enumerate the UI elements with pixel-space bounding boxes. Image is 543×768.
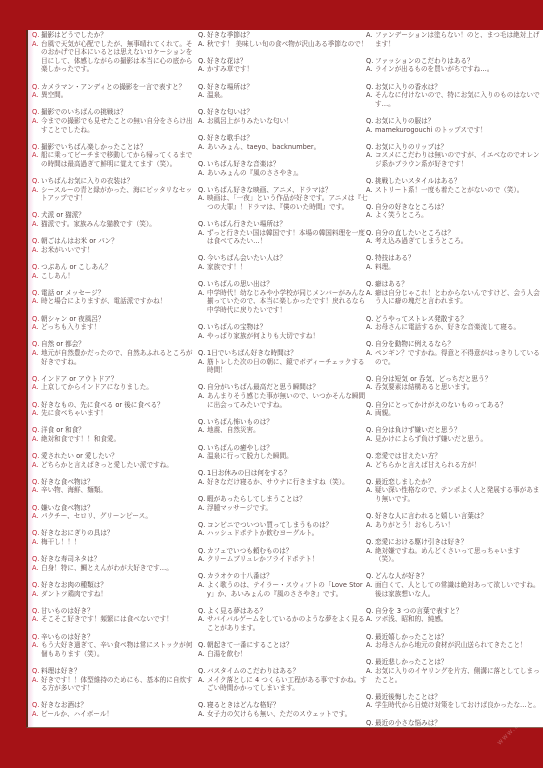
answer-text: ラインが出るものを買いがちですね…。 — [375, 65, 542, 74]
answer-row: A.クリームブリュレかフライドポテト！ — [198, 555, 368, 564]
qa-item: Q.自分を動物に例えるなら？A.ペンギン？ですかね。得意と不得意がはっきりしてい… — [366, 340, 542, 366]
answer-text: 面白くて、人としての常識は絶対あって欲しいですね。後は家族想いな人。 — [375, 581, 542, 598]
question-mark: Q. — [32, 555, 41, 564]
qa-item: Q.1日お休みの日は何をする？A.好きなだけ寝るか、サウナに行きますね（笑）。 — [198, 469, 368, 486]
question-text: カメラマン・アンディとの撮影を一言で表すと？ — [41, 83, 196, 92]
answer-row: A.温泉に行って脱力した瞬間。 — [198, 452, 368, 461]
answer-mark: A. — [198, 555, 207, 564]
question-mark: Q. — [198, 727, 207, 728]
question-mark: Q. — [366, 719, 375, 728]
qa-item: Q.好きな色は？A.緑！！ — [32, 727, 196, 728]
question-row: Q.特技はある？ — [366, 254, 542, 263]
question-text: 洋食 or 和食？ — [41, 426, 196, 435]
answer-mark: A. — [32, 512, 41, 521]
answer-text: 好きなだけ寝るか、サウナに行きますね（笑）。 — [207, 478, 368, 487]
answer-row: A.白湯を飲む！ — [198, 650, 368, 659]
question-mark: Q. — [366, 572, 375, 581]
qa-item: Q.好きなおにぎりの具は？A.梅干し！！！ — [32, 529, 196, 546]
answer-text: 地震、自然災害。 — [207, 426, 368, 435]
question-text: 愛されたい or 愛したい？ — [41, 452, 196, 461]
question-row: Q.1日お休みの日は何をする？ — [198, 469, 368, 478]
qa-item: Q.好きな季節は？A.秋です！ 美味しい旬の食べ物が沢山ある季節なので！ — [198, 31, 368, 48]
answer-text: クリームブリュレかフライドポテト！ — [207, 555, 368, 564]
answer-text: 両親。 — [375, 409, 542, 418]
qa-item: Q.1日でいちばん好きな時間は？A.筋トレした次の日の朝に、鏡でボディーチェック… — [198, 349, 368, 375]
answer-text: 上京してからインドアになりました。 — [41, 383, 196, 392]
answer-row: A.絶対嫌ですね。めんどくさいって思っちゃいます（笑）。 — [366, 547, 542, 564]
question-text: いちばん行きたい場所は？ — [207, 220, 368, 229]
answer-text: ペンギン？ですかね。得意と不得意がはっきりしているので。 — [375, 349, 542, 366]
answer-text: どちらかと言えば甘えられる方が！ — [375, 461, 542, 470]
question-mark: Q. — [366, 143, 375, 152]
qa-item: Q.辛いものは好き？A.もう大好き過ぎて、辛い食べ物は常にストックが何個もありま… — [32, 633, 196, 659]
question-mark: Q. — [32, 108, 41, 117]
answer-row: A.ビールか、ハイボール！ — [32, 710, 196, 719]
question-mark: Q. — [366, 177, 375, 186]
answer-text: あいみょん、taeyo、backnumber。 — [207, 143, 368, 152]
question-mark: Q. — [198, 641, 207, 650]
question-mark: Q. — [198, 108, 207, 117]
question-mark: Q. — [366, 633, 375, 642]
question-mark: Q. — [32, 504, 41, 513]
qa-item: Q.いちばんお気に入りの衣装は？A.シースルーの青と緑がかった、海にピッタリなセ… — [32, 177, 196, 203]
question-row: Q.嫌いな食べ物は？ — [32, 504, 196, 513]
question-row: Q.恋愛における駆け引きは好き？ — [366, 538, 542, 547]
answer-mark: A. — [366, 581, 375, 590]
question-row: Q.洋食 or 和食？ — [32, 426, 196, 435]
answer-text: ツボ浅、昭和的、純感。 — [375, 615, 542, 624]
question-mark: Q. — [198, 444, 207, 453]
answer-text: パクチー、セロリ、グリーンピース。 — [41, 512, 196, 521]
answer-row: A.台風で天気が心配でしたが、無事晴れてくれて。そのおかげで日本にいるとは思えな… — [32, 40, 196, 74]
qa-item: Q.電話 or メッセージ？A.時と場合によりますが、電話派ですかね！ — [32, 289, 196, 306]
qa-item: Q.お気に入りの服は？A.mamekurogouchi のトップスです！ — [366, 117, 542, 134]
question-row: Q.愛されたい or 愛したい？ — [32, 452, 196, 461]
qa-item: Q.最近恋しましたか？A.疑い深い性格なので、テンポよく人と発展する事があまり無… — [366, 478, 542, 504]
answer-mark: A. — [366, 547, 375, 556]
answer-row: A.好きです！！体型維持のためにも、基本的に自炊する方が多いです！ — [32, 676, 196, 693]
answer-row: A.ラインが出るものを買いがちですね…。 — [366, 65, 542, 74]
qa-item: Q.カメラマン・アンディとの撮影を一言で表すと？A.異空間。 — [32, 83, 196, 100]
answer-row: A.癖は自分じゃこれ！とわからないんですけど、会う人会う人に癖の塊だと言われます… — [366, 289, 542, 306]
qa-item: Q.朝起きて一番にすることは？A.白湯を飲む！ — [198, 641, 368, 658]
question-text: 好きな歌手は？ — [207, 134, 368, 143]
question-row: Q.自分にとってかけがえのないものってある？ — [366, 401, 542, 410]
answer-row: A.そんなに付けないので、特にお気に入りのものはないです…。 — [366, 91, 542, 108]
qa-item: Q.撮影でのいちばんの挑戦は？A.今までの撮影でも見せたことの無い自分をさらけ出… — [32, 108, 196, 134]
answer-text: 中学時代！幼なじみや小学校が同じメンバーがみんな揃っていたので、本当に楽しかった… — [207, 289, 368, 315]
answer-row: A.温泉。 — [198, 91, 368, 100]
answer-row: A.ありがとう！おもしろい！ — [366, 521, 542, 530]
answer-row: A.よく笑うところ。 — [366, 211, 542, 220]
answer-row: A.好きなだけ寝るか、サウナに行きますね（笑）。 — [198, 478, 368, 487]
answer-mark: A. — [198, 392, 207, 401]
answer-text: お米がいいです！ — [41, 246, 196, 255]
qa-item: Q.撮影でいちばん楽しかったことは？A.船に乗ってビーチまで移動してから帰ってく… — [32, 143, 196, 169]
question-mark: Q. — [32, 452, 41, 461]
question-mark: Q. — [32, 607, 41, 616]
question-text: いちばん好きな映画、アニメ、ドラマは？ — [207, 186, 368, 195]
question-text: つぶあん or こしあん？ — [41, 263, 196, 272]
question-row: Q.撮影はどうでしたか？ — [32, 31, 196, 40]
answer-text: あいみょんの『風のささやき』。 — [207, 169, 368, 178]
question-text: 朝シャン or 夜風呂？ — [41, 315, 196, 324]
question-mark: Q. — [366, 538, 375, 547]
qa-item: Q.特技はある？A.料理。 — [366, 254, 542, 271]
answer-mark: A. — [366, 65, 375, 74]
answer-text: 映画は、「一夜」という作品が好きです。アニメは『七つの大罪』！ドラマは、『僕のい… — [207, 194, 368, 211]
answer-row: A.秋です！ 美味しい旬の食べ物が沢山ある季節なので！ — [198, 40, 368, 49]
answer-row: A.お母さんから地元の食材が沢山送られてきたこと！ — [366, 641, 542, 650]
question-mark: Q. — [198, 547, 207, 556]
answer-mark: A. — [198, 65, 207, 74]
answer-text: お母さんに電話するか、好きな音楽流して寝る。 — [375, 323, 542, 332]
question-row: Q.自然 or 都会？ — [32, 340, 196, 349]
question-mark: Q. — [366, 607, 375, 616]
question-text: 自分を動物に例えるなら？ — [375, 340, 542, 349]
question-text: 暇があったらしてしまうことは？ — [207, 495, 368, 504]
question-mark: Q. — [198, 349, 207, 358]
question-mark: Q. — [32, 237, 41, 246]
question-text: どんな人が好き？ — [375, 572, 542, 581]
answer-mark: A. — [32, 435, 41, 444]
qa-item: Q.好きな寿司ネタは？A.白身！特に、鯛とえんがわが大好きです…。 — [32, 555, 196, 572]
question-row: Q.自分を動物に例えるなら？ — [366, 340, 542, 349]
answer-row: A.ダントツ鶏肉ですね！ — [32, 590, 196, 599]
question-text: 撮影でのいちばんの挑戦は？ — [41, 108, 196, 117]
question-mark: Q. — [32, 31, 41, 40]
answer-row: A.絶対和食です！！和食愛。 — [32, 435, 196, 444]
answer-row: A.お母さんに電話するか、好きな音楽流して寝る。 — [366, 323, 542, 332]
question-row: Q.好きな歌手は？ — [198, 134, 368, 143]
answer-mark: A. — [198, 332, 207, 341]
answer-row: A.ストリート系！一度も着たことがないので（笑）。 — [366, 186, 542, 195]
question-text: 好きな寿司ネタは？ — [41, 555, 196, 564]
answer-text: 温泉。 — [207, 91, 368, 100]
question-mark: Q. — [366, 401, 375, 410]
question-row: Q.寝るときはどんな格好？ — [198, 701, 368, 710]
answer-text: お風呂上がりみたいな匂い！ — [207, 117, 368, 126]
qa-item: Q.バスタイムのこだわりはある？A.メイク落としに 4 つくらい工程がある事です… — [198, 667, 368, 693]
question-mark: Q. — [32, 667, 41, 676]
question-mark: Q. — [198, 323, 207, 332]
qa-item: A.ファンデーションは塗らない！のと、まつ毛は絶対上げます！ — [366, 31, 542, 48]
answer-mark: A. — [198, 676, 207, 685]
question-row: Q.いちばんの宝物は？ — [198, 323, 368, 332]
answer-row: A.呑気要素は結構あると思います。 — [366, 383, 542, 392]
answer-text: どちらかと言えばきっと愛したい派ですね。 — [41, 461, 196, 470]
question-row: Q.好きな匂いは？ — [198, 108, 368, 117]
answer-text: 梅干し！！！ — [41, 538, 196, 547]
question-mark: Q. — [198, 134, 207, 143]
question-row: Q.カメラマン・アンディとの撮影を一言で表すと？ — [32, 83, 196, 92]
answer-mark: A. — [366, 211, 375, 220]
answer-text: ありがとう！おもしろい！ — [375, 521, 542, 530]
answer-mark: A. — [366, 486, 375, 495]
answer-mark: A. — [366, 289, 375, 298]
answer-mark: A. — [198, 91, 207, 100]
answer-row: A.よく歌うのは、テイラー・スウィフトの「Love Story」か、あいみょんの… — [198, 581, 368, 598]
answer-row: A.時と場合によりますが、電話派ですかね！ — [32, 297, 196, 306]
question-row: Q.癖はある？ — [366, 280, 542, 289]
answer-text: 呑気要素は結構あると思います。 — [375, 383, 542, 392]
answer-row: A.パクチー、セロリ、グリーンピース。 — [32, 512, 196, 521]
qa-item: Q.いちばん好きな音楽は？A.あいみょんの『風のささやき』。 — [198, 160, 368, 177]
question-row: Q.朝起きて一番にすることは？ — [198, 641, 368, 650]
answer-mark: A. — [32, 409, 41, 418]
answer-row: A.女子力の欠けらも無い、ただのスウェットです。 — [198, 710, 368, 719]
qa-item: Q.自分を 3 つの言葉で表すと？A.ツボ浅、昭和的、純感。 — [366, 607, 542, 624]
answer-row: A.どっちも入ります！ — [32, 323, 196, 332]
answer-text: 学生時代から日焼け対策をしておけば良かったな…と。 — [375, 701, 542, 710]
answer-row: A.地元が自然豊かだったので、自然あふれるところが好きですね。 — [32, 349, 196, 366]
answer-text: ファンデーションは塗らない！のと、まつ毛は絶対上げます！ — [375, 31, 542, 48]
qa-item: Q.撮影はどうでしたか？A.台風で天気が心配でしたが、無事晴れてくれて。そのおか… — [32, 31, 196, 74]
answer-row: A.お風呂上がりみたいな匂い！ — [198, 117, 368, 126]
question-text: 好きなお肉の種類は？ — [41, 581, 196, 590]
question-row: Q.いちばんお気に入りの衣装は？ — [32, 177, 196, 186]
question-row: Q.いちばんの癒やしは？ — [198, 444, 368, 453]
qa-item: Q.お気に入りのリップは？A.コスメにこだわりは無いのですが、イエベなのでオレン… — [366, 143, 542, 169]
question-mark: Q. — [32, 177, 41, 186]
answer-row: A.面白くて、人としての常識は絶対あって欲しいですね。後は家族想いな人。 — [366, 581, 542, 598]
qa-item: Q.最近後悔したことは？A.学生時代から日焼け対策をしておけば良かったな…と。 — [366, 693, 542, 710]
answer-row: A.サバイバルゲームをしているかのような夢をよく見ることがあります。 — [198, 615, 368, 632]
question-row: Q.いちばん好きな映画、アニメ、ドラマは？ — [198, 186, 368, 195]
answer-text: もう大好き過ぎて、辛い食べ物は常にストックが何個もあります（笑）。 — [41, 641, 196, 658]
answer-row: A.ハッシュドポテトか飲むヨーグルト。 — [198, 529, 368, 538]
answer-mark: A. — [198, 478, 207, 487]
question-text: 好きな場所は？ — [207, 83, 368, 92]
question-text: いちばん好きな音楽は？ — [207, 160, 368, 169]
question-row: Q.どうやってストレス発散する？ — [366, 315, 542, 324]
answer-mark: A. — [32, 91, 41, 100]
question-text: バスタイムのこだわりはある？ — [207, 667, 368, 676]
answer-mark: A. — [366, 383, 375, 392]
answer-mark: A. — [366, 435, 375, 444]
answer-row: A.考え込み過ぎてしまうところ。 — [366, 237, 542, 246]
qa-item: Q.いちばん怖いものは？A.地震、自然災害。 — [198, 418, 368, 435]
answer-row: A.梅干し！！！ — [32, 538, 196, 547]
question-text: 挑戦したいスタイルはある？ — [375, 177, 542, 186]
question-row: Q.料理は好き？ — [32, 667, 196, 676]
answer-text: 絶対嫌ですね。めんどくさいって思っちゃいます（笑）。 — [375, 547, 542, 564]
answer-row: A.あんまりそう感じた事が無いので、いつかそんな瞬間に出会ってみたいですね。 — [198, 392, 368, 409]
question-mark: Q. — [366, 426, 375, 435]
question-row: Q.お気に入りの服は？ — [366, 117, 542, 126]
answer-mark: A. — [366, 701, 375, 710]
answer-row: A.こしあん！ — [32, 272, 196, 281]
question-text: 自然 or 都会？ — [41, 340, 196, 349]
answer-text: 辛い物、海鮮、麺類。 — [41, 486, 196, 495]
qa-item: Q.どんな人が好き？A.面白くて、人としての常識は絶対あって欲しいですね。後は家… — [366, 572, 542, 598]
answer-mark: A. — [32, 323, 41, 332]
question-row: Q.メイクのこだわりはある？ — [198, 727, 368, 728]
question-mark: Q. — [198, 83, 207, 92]
question-mark: Q. — [198, 607, 207, 616]
answer-mark: A. — [32, 538, 41, 547]
question-row: Q.犬派 or 猫派？ — [32, 211, 196, 220]
answer-row: A.ずっと行きたい国は韓国です！本場の韓国料理を一度は食べてみたい…！ — [198, 229, 368, 246]
qa-column-3: A.ファンデーションは塗らない！のと、まつ毛は絶対上げます！Q.ファッションのこ… — [366, 31, 542, 728]
answer-row: A.どちらかと言えば甘えられる方が！ — [366, 461, 542, 470]
answer-row: A.料理。 — [366, 263, 542, 272]
answer-text: やっぱり家族が何よりも大切ですね！ — [207, 332, 368, 341]
question-text: 好きな色は？ — [41, 727, 196, 728]
question-row: Q.どんな人が好き？ — [366, 572, 542, 581]
question-row: Q.辛いものは好き？ — [32, 633, 196, 642]
qa-item: Q.愛されたい or 愛したい？A.どちらかと言えばきっと愛したい派ですね。 — [32, 452, 196, 469]
question-mark: Q. — [198, 254, 207, 263]
question-text: 好きなお酒は？ — [41, 701, 196, 710]
answer-mark: A. — [198, 143, 207, 152]
qa-item: Q.どうやってストレス発散する？A.お母さんに電話するか、好きな音楽流して寝る。 — [366, 315, 542, 332]
question-row: Q.いちばんの思い出は？ — [198, 280, 368, 289]
answer-text: あんまりそう感じた事が無いので、いつかそんな瞬間に出会ってみたいですね。 — [207, 392, 368, 409]
question-mark: Q. — [198, 383, 207, 392]
answer-mark: A. — [366, 237, 375, 246]
answer-text: 浮腫マッサージです。 — [207, 504, 368, 513]
question-row: Q.お気に入りの香水は？ — [366, 83, 542, 92]
answer-mark: A. — [32, 641, 41, 650]
qa-item: Q.今いちばん会いたい人は？A.家族です！！ — [198, 254, 368, 271]
question-mark: Q. — [32, 375, 41, 384]
answer-text: よく笑うところ。 — [375, 211, 542, 220]
question-mark: Q. — [32, 143, 41, 152]
question-mark: Q. — [366, 658, 375, 667]
qa-column-1: Q.撮影はどうでしたか？A.台風で天気が心配でしたが、無事晴れてくれて。そのおか… — [32, 31, 196, 728]
answer-mark: A. — [198, 581, 207, 590]
question-mark: Q. — [198, 280, 207, 289]
question-text: 好きな匂いは？ — [207, 108, 368, 117]
answer-row: A.家族です！！ — [198, 263, 368, 272]
question-text: 嫌いな食べ物は？ — [41, 504, 196, 513]
answer-mark: A. — [32, 590, 41, 599]
question-text: いちばんお気に入りの衣装は？ — [41, 177, 196, 186]
question-mark: Q. — [32, 401, 41, 410]
qa-item: Q.寝るときはどんな格好？A.女子力の欠けらも無い、ただのスウェットです。 — [198, 701, 368, 718]
qa-item: Q.好きなお肉の種類は？A.ダントツ鶏肉ですね！ — [32, 581, 196, 598]
question-mark: Q. — [32, 289, 41, 298]
qa-item: Q.料理は好き？A.好きです！！体型維持のためにも、基本的に自炊する方が多いです… — [32, 667, 196, 693]
question-text: 料理は好き？ — [41, 667, 196, 676]
question-mark: Q. — [366, 203, 375, 212]
question-mark: Q. — [366, 693, 375, 702]
qa-item: Q.癖はある？A.癖は自分じゃこれ！とわからないんですけど、会う人会う人に癖の塊… — [366, 280, 542, 306]
answer-row: A.見かけによらず負けず嫌いだと思う。 — [366, 435, 542, 444]
answer-text: どっちも入ります！ — [41, 323, 196, 332]
answer-text: 白湯を飲む！ — [207, 650, 368, 659]
question-mark: Q. — [366, 117, 375, 126]
qa-item: Q.自分にとってかけがえのないものってある？A.両親。 — [366, 401, 542, 418]
answer-row: A.中学時代！幼なじみや小学校が同じメンバーがみんな揃っていたので、本当に楽しか… — [198, 289, 368, 315]
qa-item: Q.恋愛における駆け引きは好き？A.絶対嫌ですね。めんどくさいって思っちゃいます… — [366, 538, 542, 564]
answer-text: 筋トレした次の日の朝に、鏡でボディーチェックする時間！ — [207, 358, 368, 375]
answer-mark: A. — [366, 461, 375, 470]
question-mark: Q. — [198, 469, 207, 478]
question-mark: Q. — [198, 160, 207, 169]
question-text: お気に入りの香水は？ — [375, 83, 542, 92]
qa-item: Q.暇があったらしてしまうことは？A.浮腫マッサージです。 — [198, 495, 368, 512]
qa-item: Q.犬派 or 猫派？A.猫派です。家族みんな猫教です（笑）。 — [32, 211, 196, 228]
answer-text: こしあん！ — [41, 272, 196, 281]
answer-text: ビールか、ハイボール！ — [41, 710, 196, 719]
question-text: 犬派 or 猫派？ — [41, 211, 196, 220]
answer-row: A.ペンギン？ですかね。得意と不得意がはっきりしているので。 — [366, 349, 542, 366]
answer-mark: A. — [366, 151, 375, 160]
answer-mark: A. — [32, 383, 41, 392]
question-row: Q.好きな場所は？ — [198, 83, 368, 92]
answer-text: 絶対和食です！！和食愛。 — [41, 435, 196, 444]
question-mark: Q. — [32, 263, 41, 272]
answer-mark: A. — [366, 521, 375, 530]
answer-mark: A. — [32, 297, 41, 306]
answer-row: A.お米がいいです！ — [32, 246, 196, 255]
answer-mark: A. — [198, 650, 207, 659]
answer-row: A.猫派です。家族みんな猫教です（笑）。 — [32, 220, 196, 229]
answer-text: 料理。 — [375, 263, 542, 272]
qa-item: Q.コンビニでついつい買ってしまうものは？A.ハッシュドポテトか飲むヨーグルト。 — [198, 521, 368, 538]
qa-item: Q.いちばんの宝物は？A.やっぱり家族が何よりも大切ですね！ — [198, 323, 368, 340]
question-row: Q.朝シャン or 夜風呂？ — [32, 315, 196, 324]
qa-item: Q.いちばんの癒やしは？A.温泉に行って脱力した瞬間。 — [198, 444, 368, 461]
answer-row: A.コスメにこだわりは無いのですが、イエベなのでオレンジ系かブラウン系が好きです… — [366, 151, 542, 168]
answer-mark: A. — [32, 186, 41, 195]
question-mark: Q. — [366, 229, 375, 238]
answer-row: A.お気に入りのイヤリングを片方、側溝に落としてしまったこと。 — [366, 667, 542, 684]
qa-item: Q.いちばんの思い出は？A.中学時代！幼なじみや小学校が同じメンバーがみんな揃っ… — [198, 280, 368, 314]
answer-row: A.地震、自然災害。 — [198, 426, 368, 435]
answer-row: A.もう大好き過ぎて、辛い食べ物は常にストックが何個もあります（笑）。 — [32, 641, 196, 658]
qa-item: Q.メイクのこだわりはある？ — [198, 727, 368, 728]
answer-mark: A. — [32, 564, 41, 573]
question-mark: Q. — [198, 667, 207, 676]
question-text: カラオケの十八番は？ — [207, 572, 368, 581]
answer-row: A.辛い物、海鮮、麺類。 — [32, 486, 196, 495]
answer-mark: A. — [198, 289, 207, 298]
question-text: 今いちばん会いたい人は？ — [207, 254, 368, 263]
question-text: お気に入りの服は？ — [375, 117, 542, 126]
question-text: 寝るときはどんな格好？ — [207, 701, 368, 710]
question-text: 自分にとってかけがえのないものってある？ — [375, 401, 542, 410]
answer-mark: A. — [32, 349, 41, 358]
question-text: 最近嬉しかったことは？ — [375, 633, 542, 642]
answer-text: ダントツ鶏肉ですね！ — [41, 590, 196, 599]
question-row: Q.好きなもの、先に食べる or 後に食べる？ — [32, 401, 196, 410]
answer-row: A.映画は、「一夜」という作品が好きです。アニメは『七つの大罪』！ドラマは、『僕… — [198, 194, 368, 211]
qa-item: Q.洋食 or 和食？A.絶対和食です！！和食愛。 — [32, 426, 196, 443]
answer-text: お母さんから地元の食材が沢山送られてきたこと！ — [375, 641, 542, 650]
question-mark: Q. — [198, 701, 207, 710]
question-text: いちばんの思い出は？ — [207, 280, 368, 289]
answer-mark: A. — [366, 641, 375, 650]
answer-mark: A. — [366, 186, 375, 195]
question-mark: Q. — [198, 31, 207, 40]
qa-item: Q.最近悲しかったことは？A.お気に入りのイヤリングを片方、側溝に落としてしまっ… — [366, 658, 542, 684]
qa-item: Q.いちばん好きな映画、アニメ、ドラマは？A.映画は、「一夜」という作品が好きで… — [198, 186, 368, 212]
question-text: 恋愛では甘えたい方？ — [375, 452, 542, 461]
qa-item: Q.よく見る夢はある？A.サバイバルゲームをしているかのような夢をよく見ることが… — [198, 607, 368, 633]
qa-item: Q.自分の好きなところは？A.よく笑うところ。 — [366, 203, 542, 220]
question-row: Q.好きな人に言われると嬉しい言葉は？ — [366, 512, 542, 521]
question-text: 好きなもの、先に食べる or 後に食べる？ — [41, 401, 196, 410]
answer-text: mamekurogouchi のトップスです！ — [375, 126, 542, 135]
answer-mark: A. — [366, 31, 375, 40]
question-row: Q.好きな色は？ — [32, 727, 196, 728]
question-text: 恋愛における駆け引きは好き？ — [375, 538, 542, 547]
question-mark: Q. — [198, 186, 207, 195]
question-mark: Q. — [366, 452, 375, 461]
